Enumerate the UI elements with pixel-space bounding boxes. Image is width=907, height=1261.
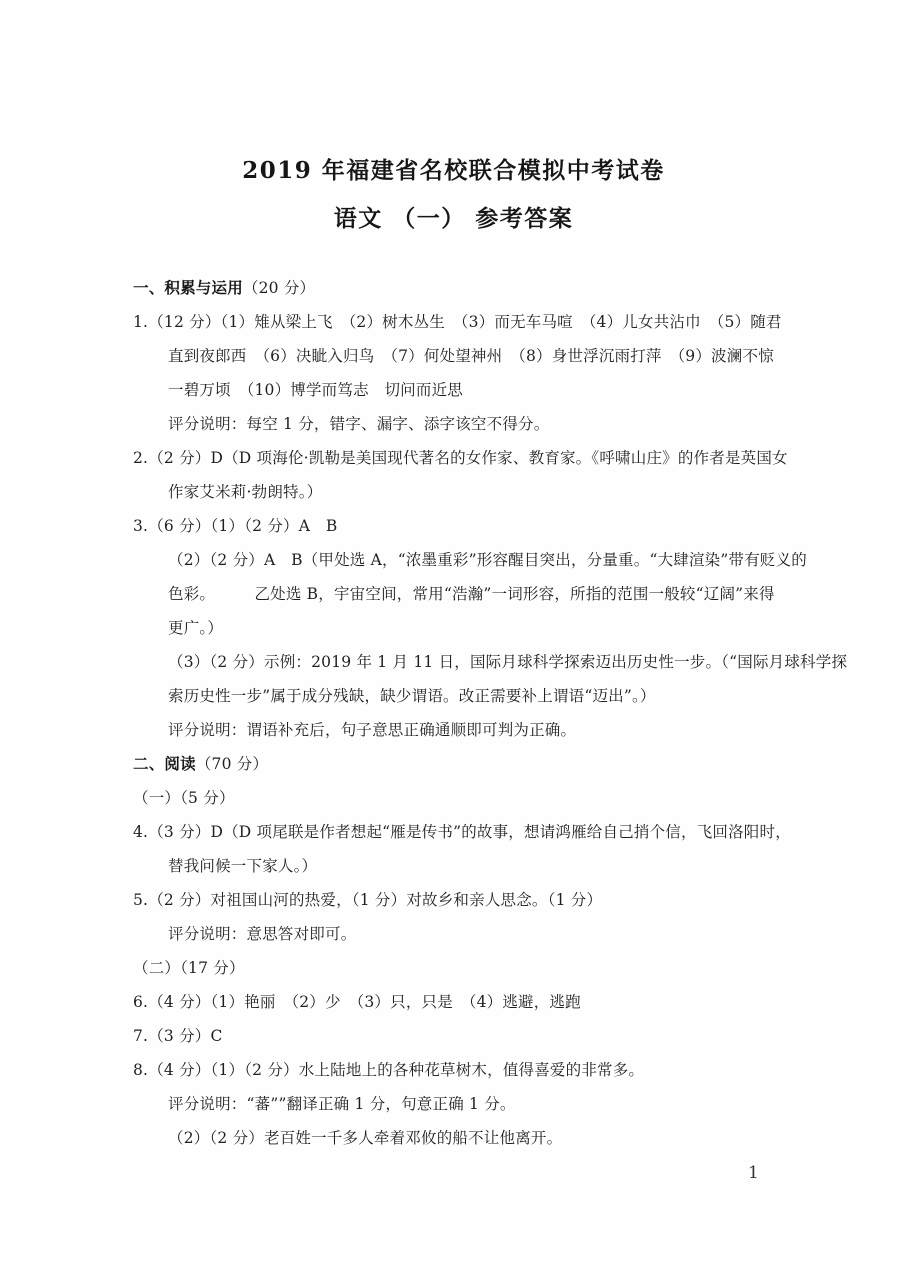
answer-line: 色彩。 乙处选 B，宇宙空间，常用“浩瀚”一词形容，所指的范围一般较“辽阔”来得 [133, 577, 793, 611]
answer-line: 更广。） [133, 611, 793, 645]
page-number: 1 [748, 1163, 759, 1183]
answer-line: 4.（3 分）D（D 项尾联是作者想起“雁是传书”的故事，想请鸿雁给自己捎个信，… [133, 815, 793, 849]
answer-line: 1.（12 分）（1）雉从梁上飞 （2）树木丛生 （3）而无车马喧 （4）儿女共… [133, 305, 793, 339]
answer-content: 一、积累与运用（20 分） 1.（12 分）（1）雉从梁上飞 （2）树木丛生 （… [133, 271, 793, 1155]
subsection-line: （一）（5 分） [133, 781, 793, 815]
section-heading-score: （20 分） [243, 279, 315, 297]
scoring-note-line: 评分说明：每空 1 分，错字、漏字、添字该空不得分。 [133, 407, 793, 441]
answer-line: 索历史性一步”属于成分残缺，缺少谓语。改正需要补上谓语“迈出”。） [133, 679, 793, 713]
document-title: 2019 年福建省名校联合模拟中考试卷 [0, 152, 907, 185]
answer-line: 2.（2 分）D（D 项海伦·凯勒是美国现代著名的女作家、教育家。《呼啸山庄》的… [133, 441, 793, 475]
section-heading: 二、阅读（70 分） [133, 747, 793, 781]
section-heading: 一、积累与运用（20 分） [133, 271, 793, 305]
scoring-note-line: 评分说明：意思答对即可。 [133, 917, 793, 951]
answer-line: 替我问候一下家人。） [133, 849, 793, 883]
answer-line: 作家艾米莉·勃朗特。） [133, 475, 793, 509]
answer-line: 3.（6 分）（1）（2 分）A B [133, 509, 793, 543]
answer-line: （3）（2 分）示例：2019 年 1 月 11 日，国际月球科学探索迈出历史性… [133, 645, 793, 679]
section-heading-score: （70 分） [196, 755, 268, 773]
answer-line: 6.（4 分）（1）艳丽 （2）少 （3）只，只是 （4）逃避，逃跑 [133, 985, 793, 1019]
answer-line: 直到夜郎西 （6）决眦入归鸟 （7）何处望神州 （8）身世浮沉雨打萍 （9）波澜… [133, 339, 793, 373]
answer-line: 5.（2 分）对祖国山河的热爱，（1 分）对故乡和亲人思念。（1 分） [133, 883, 793, 917]
answer-line: 7.（3 分）C [133, 1019, 793, 1053]
section-heading-bold: 一、积累与运用 [133, 279, 243, 297]
page-background: 2019 年福建省名校联合模拟中考试卷 语文 （一） 参考答案 一、积累与运用（… [0, 0, 907, 1261]
scoring-note-line: 评分说明：“蕃””翻译正确 1 分，句意正确 1 分。 [133, 1087, 793, 1121]
answer-line: （2）（2 分）A B（甲处选 A，“浓墨重彩”形容醒目突出，分量重。“大肆渲染… [133, 543, 793, 577]
answer-line: 8.（4 分）（1）（2 分）水上陆地上的各种花草树木，值得喜爱的非常多。 [133, 1053, 793, 1087]
answer-line: （2）（2 分）老百姓一千多人牵着邓攸的船不让他离开。 [133, 1121, 793, 1155]
answer-line: 一碧万顷 （10）博学而笃志 切问而近思 [133, 373, 793, 407]
scoring-note-line: 评分说明：谓语补充后，句子意思正确通顺即可判为正确。 [133, 713, 793, 747]
subsection-line: （二）（17 分） [133, 951, 793, 985]
document-subtitle: 语文 （一） 参考答案 [0, 200, 907, 233]
exam-answer-page: { "document": { "title_line1": "2019 年福建… [0, 0, 907, 1261]
section-heading-bold: 二、阅读 [133, 755, 196, 773]
